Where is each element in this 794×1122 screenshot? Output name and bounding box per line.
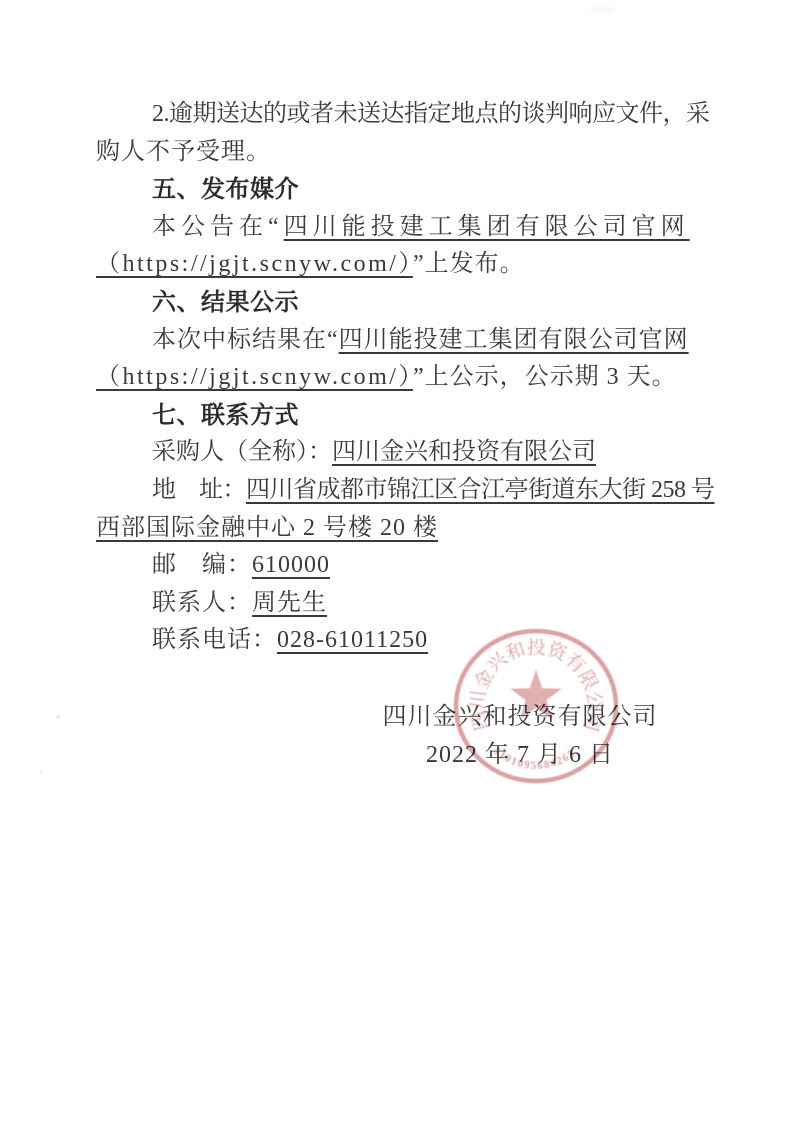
buyer-label: 采购人（全称）： bbox=[152, 439, 332, 465]
seal-star-icon bbox=[510, 670, 561, 719]
section-heading-media: 五、发布媒介 bbox=[96, 171, 712, 209]
media-line1-prefix: 本公告在“ bbox=[152, 214, 284, 240]
address-label: 地 址： bbox=[152, 477, 246, 503]
scan-speck bbox=[40, 770, 43, 773]
media-announcement-line2: （https://jgjt.scnyw.com/）”上发布。 bbox=[96, 246, 712, 284]
document-body: 2.逾期送达的或者未送达指定地点的谈判响应文件，采 购人不予受理。 五、发布媒介… bbox=[96, 96, 712, 660]
scanned-document-page: 2.逾期送达的或者未送达指定地点的谈判响应文件，采 购人不予受理。 五、发布媒介… bbox=[0, 0, 794, 1122]
postcode-label: 邮 编： bbox=[152, 552, 252, 578]
scan-smudge bbox=[590, 8, 616, 13]
paragraph-deadline-line1: 2.逾期送达的或者未送达指定地点的谈判响应文件，采 bbox=[96, 96, 712, 134]
media-line2-suffix: ”上发布。 bbox=[413, 251, 525, 277]
section-heading-result: 六、结果公示 bbox=[96, 284, 712, 322]
paragraph-deadline-line2: 购人不予受理。 bbox=[96, 134, 712, 172]
buyer-value: 四川金兴和投资有限公司 bbox=[332, 439, 596, 465]
result-site-name: 四川能投建工集团有限公司官网 bbox=[339, 327, 689, 353]
postcode-value: 610000 bbox=[252, 552, 330, 578]
phone-label: 联系电话： bbox=[152, 627, 277, 653]
address-value-line1: 四川省成都市锦江区合江亭街道东大街 258 号 bbox=[246, 477, 715, 503]
contact-person-value: 周先生 bbox=[252, 590, 327, 616]
result-line1-prefix: 本次中标结果在“ bbox=[152, 327, 339, 353]
contact-person-label: 联系人： bbox=[152, 590, 252, 616]
result-line2-suffix: ”上公示，公示期 3 天。 bbox=[413, 364, 677, 390]
address-line1: 地 址：四川省成都市锦江区合江亭街道东大街 258 号 bbox=[96, 472, 712, 510]
section-heading-contact: 七、联系方式 bbox=[96, 397, 712, 435]
phone-value: 028-61011250 bbox=[277, 627, 428, 653]
result-announcement-line1: 本次中标结果在“四川能投建工集团有限公司官网 bbox=[96, 322, 712, 360]
contact-person-line: 联系人：周先生 bbox=[96, 585, 712, 623]
media-site-url: （https://jgjt.scnyw.com/） bbox=[96, 251, 413, 277]
company-seal: 四川金兴和投资有限公司 5101095684265 bbox=[450, 626, 620, 786]
media-site-name: 四川能投建工集团有限公司官网 bbox=[284, 214, 690, 240]
buyer-line: 采购人（全称）：四川金兴和投资有限公司 bbox=[96, 434, 712, 472]
seal-serial-number: 5101095684265 bbox=[491, 745, 578, 772]
result-site-url: （https://jgjt.scnyw.com/） bbox=[96, 364, 413, 390]
media-announcement-line1: 本公告在“四川能投建工集团有限公司官网 bbox=[96, 209, 712, 247]
scan-speck bbox=[56, 715, 61, 719]
address-value-line2: 西部国际金融中心 2 号楼 20 楼 bbox=[96, 515, 438, 541]
postcode-line: 邮 编：610000 bbox=[96, 547, 712, 585]
result-announcement-line2: （https://jgjt.scnyw.com/）”上公示，公示期 3 天。 bbox=[96, 359, 712, 397]
address-line2: 西部国际金融中心 2 号楼 20 楼 bbox=[96, 510, 712, 548]
